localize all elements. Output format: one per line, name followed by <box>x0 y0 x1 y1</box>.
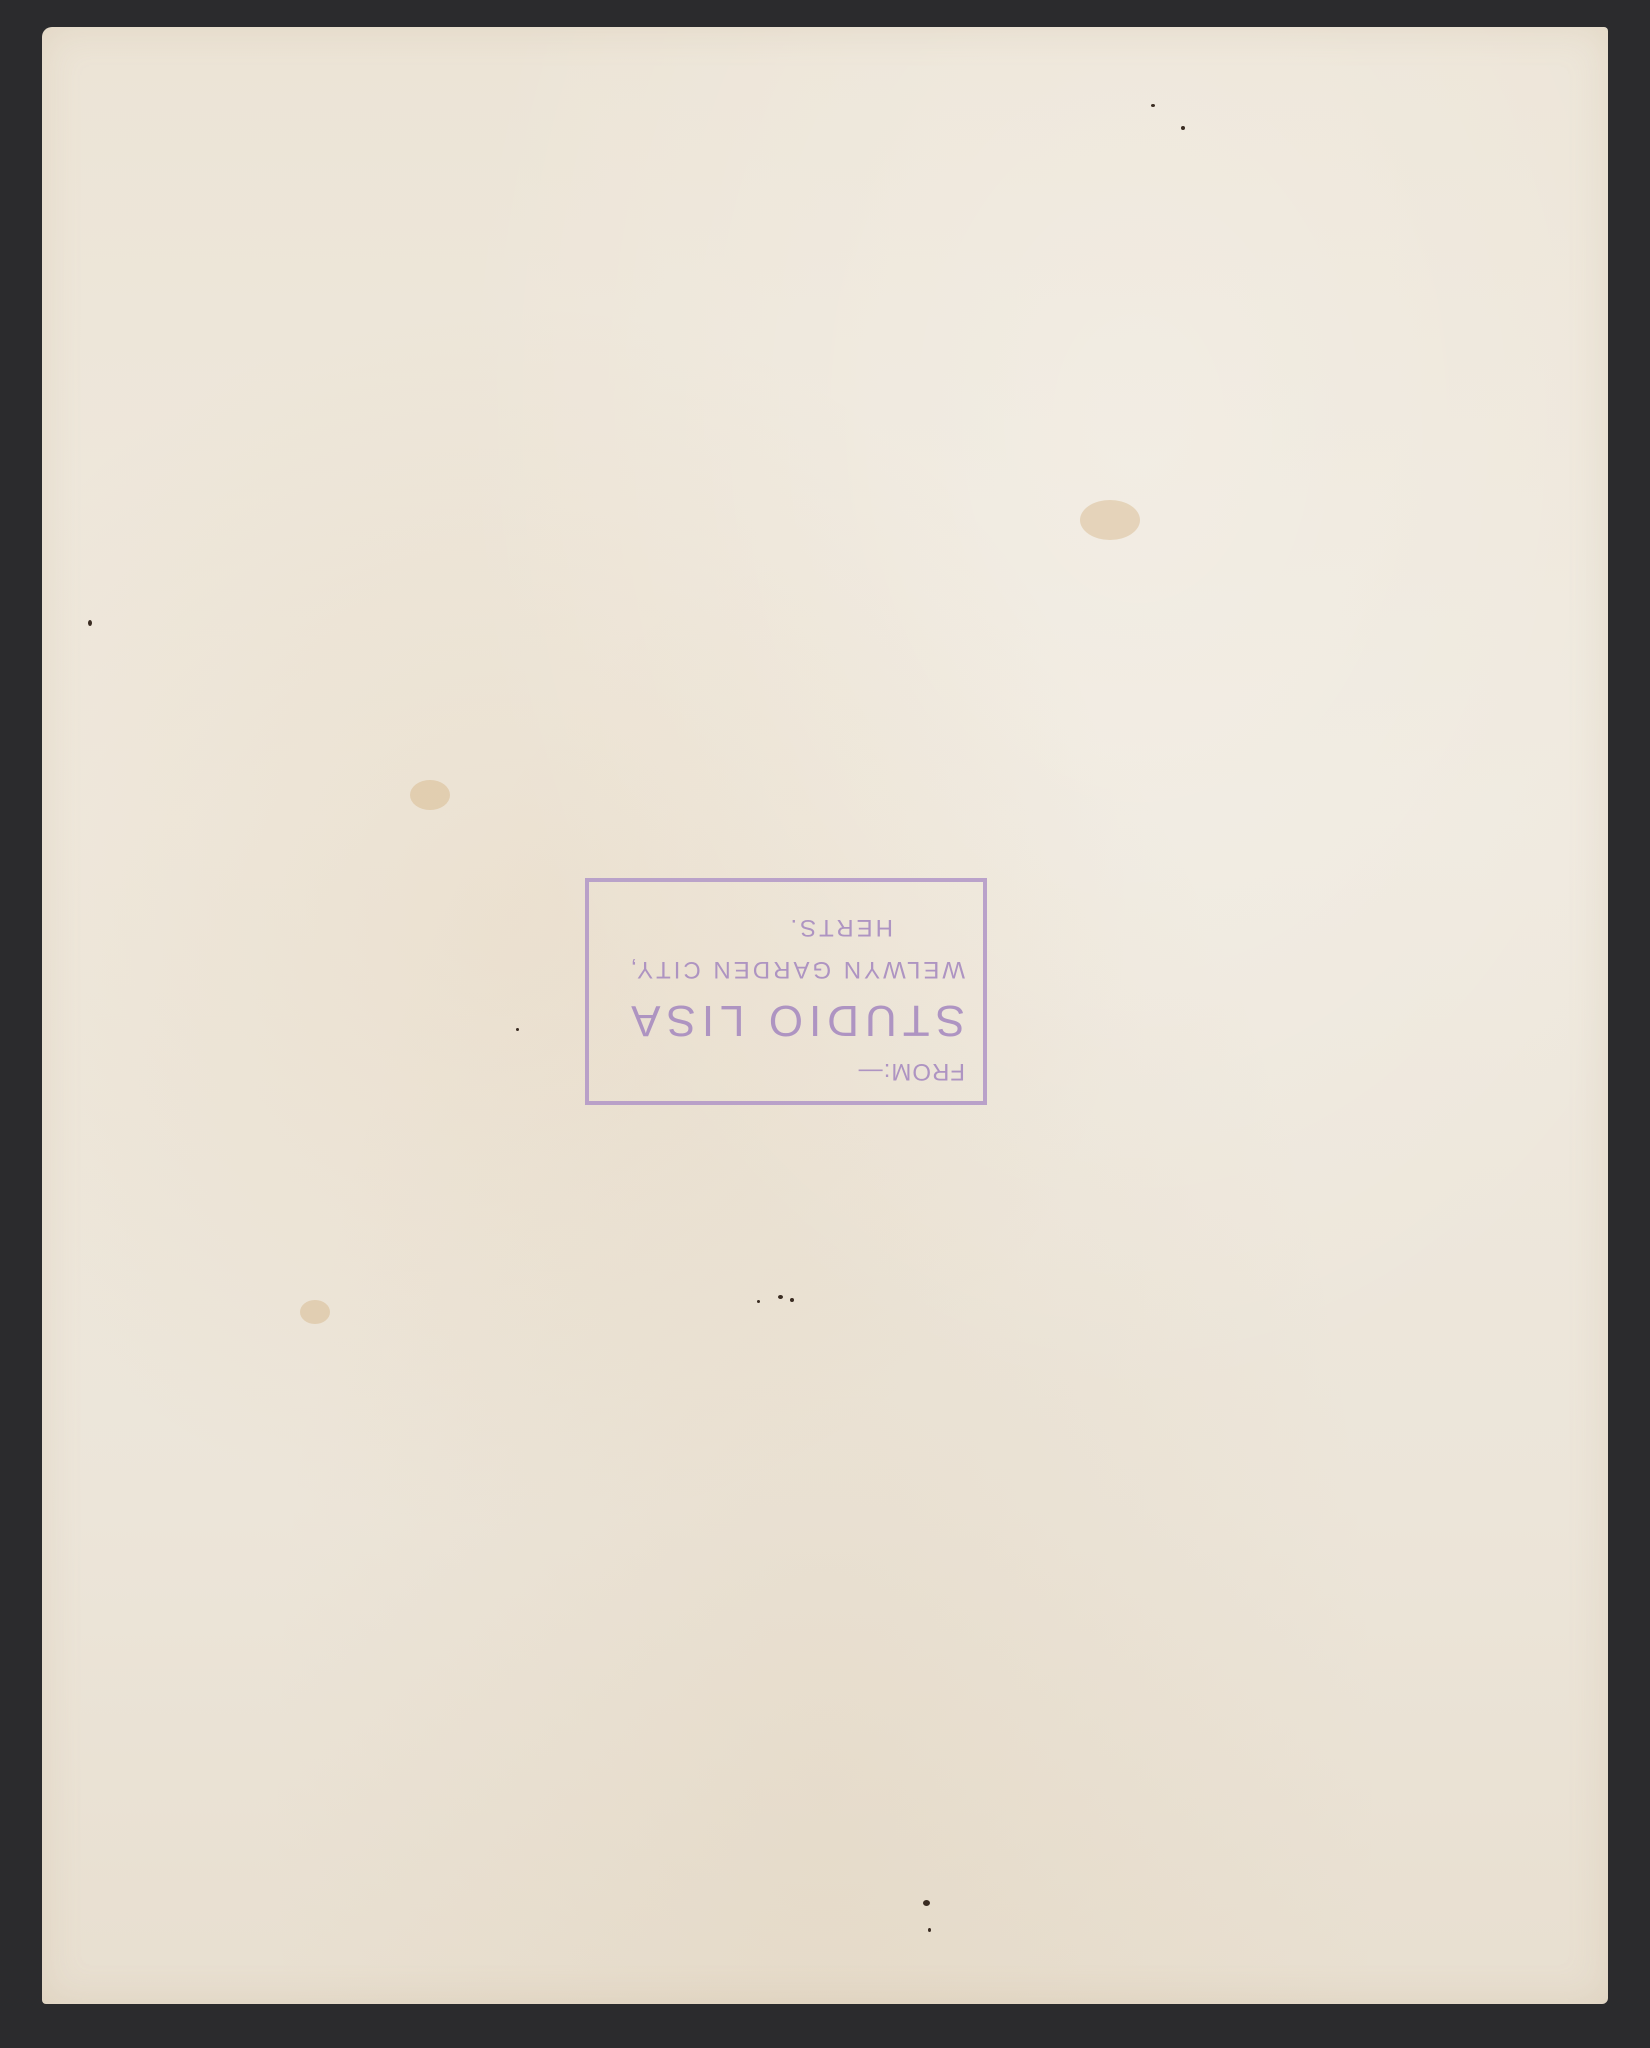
stamp-city: WELWYN GARDEN CITY, <box>628 955 965 983</box>
foxing-mark <box>1080 500 1140 540</box>
foxing-mark <box>410 780 450 810</box>
speck <box>757 1300 760 1303</box>
stamp-county: HERTS. <box>787 913 893 941</box>
speck <box>1181 126 1185 130</box>
studio-stamp: FROM:— STUDIO LISA WELWYN GARDEN CITY, H… <box>585 878 987 1105</box>
speck <box>923 1900 930 1906</box>
speck <box>790 1298 794 1302</box>
foxing-mark <box>300 1300 330 1324</box>
speck <box>88 620 92 626</box>
speck <box>928 1928 931 1932</box>
stamp-from-label: FROM:— <box>858 1057 965 1085</box>
speck <box>516 1028 519 1031</box>
speck <box>778 1295 783 1299</box>
stamp-studio-name: STUDIO LISA <box>625 995 965 1045</box>
speck <box>1151 104 1155 107</box>
